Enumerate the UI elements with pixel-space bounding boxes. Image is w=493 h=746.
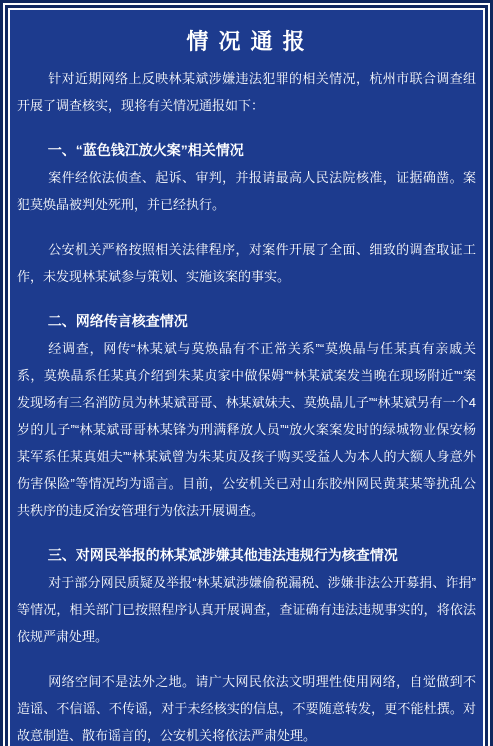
inner-frame-line: 情 况 通 报 针对近期网络上反映林某斌涉嫌违法犯罪的相关情况，杭州市联合调查组… [8, 8, 485, 746]
paragraph: 经调查，网传“林某斌与莫焕晶有不正常关系”“莫焕晶与任某真有亲戚关系，莫焕晶系任… [17, 335, 476, 524]
section-fire-case: 一、“蓝色钱江放火案”相关情况 案件经依法侦查、起诉、审判，并报请最高人民法院核… [17, 137, 476, 290]
notice-title: 情 况 通 报 [17, 28, 476, 55]
notice-page: 情 况 通 报 针对近期网络上反映林某斌涉嫌违法犯罪的相关情况，杭州市联合调查组… [0, 0, 493, 746]
section-online-rumors-heading: 二、网络传言核查情况 [17, 308, 476, 335]
closing-paragraph: 网络空间不是法外之地。请广大网民依法文明理性使用网络，自觉做到不造谣、不信谣、不… [17, 668, 476, 746]
section-online-rumors: 二、网络传言核查情况 经调查，网传“林某斌与莫焕晶有不正常关系”“莫焕晶与任某真… [17, 308, 476, 524]
paragraph: 案件经依法侦查、起诉、审判，并报请最高人民法院核准，证据确凿。案犯莫焕晶被判处死… [17, 164, 476, 218]
section-fire-case-heading: 一、“蓝色钱江放火案”相关情况 [17, 137, 476, 164]
intro-paragraph: 针对近期网络上反映林某斌涉嫌违法犯罪的相关情况，杭州市联合调查组开展了调查核实，… [17, 65, 476, 119]
paragraph: 对于部分网民质疑及举报“林某斌涉嫌偷税漏税、涉嫌非法公开募捐、诈捐”等情况，相关… [17, 569, 476, 650]
outer-frame-line: 情 况 通 报 针对近期网络上反映林某斌涉嫌违法犯罪的相关情况，杭州市联合调查组… [3, 3, 490, 746]
paragraph: 公安机关严格按照相关法律程序，对案件开展了全面、细致的调查取证工作，未发现林某斌… [17, 236, 476, 290]
section-other-reports-heading: 三、对网民举报的林某斌涉嫌其他违法违规行为核查情况 [17, 542, 476, 569]
section-other-reports: 三、对网民举报的林某斌涉嫌其他违法违规行为核查情况 对于部分网民质疑及举报“林某… [17, 542, 476, 650]
notice-content: 情 况 通 报 针对近期网络上反映林某斌涉嫌违法犯罪的相关情况，杭州市联合调查组… [10, 10, 483, 746]
